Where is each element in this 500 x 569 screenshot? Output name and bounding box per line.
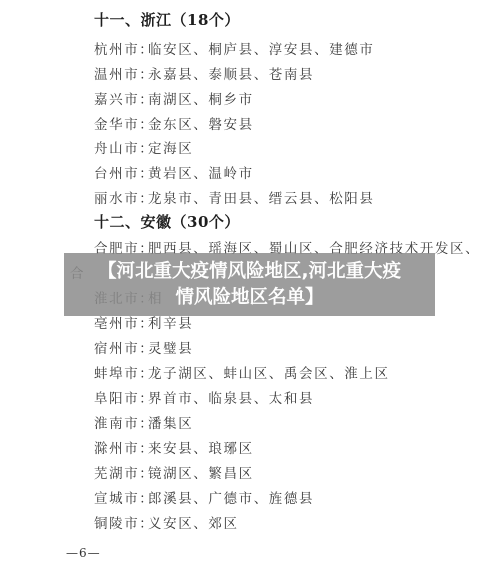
city-label: 宿州市： [94,337,148,357]
list-item: 温州市：永嘉县、泰顺县、苍南县 [94,63,314,83]
area-list: 定海区 [148,141,193,157]
area-list: 龙泉市、青田县、缙云县、松阳县 [148,191,375,207]
city-label: 滁州市： [94,437,148,457]
area-list: 郎溪县、广德市、旌德县 [148,491,314,507]
area-list: 永嘉县、泰顺县、苍南县 [148,67,314,83]
area-list: 利辛县 [148,316,193,332]
area-list: 金东区、磐安县 [148,117,254,133]
city-label: 杭州市： [94,38,148,58]
area-list: 黄岩区、温岭市 [148,166,254,182]
city-label: 温州市： [94,63,148,83]
area-list: 南湖区、桐乡市 [148,92,254,108]
page-number: —6— [66,546,101,560]
area-list: 来安县、琅琊区 [148,441,254,457]
list-item: 阜阳市：界首市、临泉县、太和县 [94,387,314,407]
city-label: 台州市： [94,162,148,182]
city-label: 阜阳市： [94,387,148,407]
city-label: 芜湖市： [94,462,148,482]
list-item: 淮南市：潘集区 [94,412,193,432]
area-list: 镜湖区、繁昌区 [148,466,254,482]
section-heading-anhui: 十二、安徽（30个） [94,211,240,232]
list-item: 芜湖市：镜湖区、繁昌区 [94,462,254,482]
list-item: 铜陵市：义安区、郊区 [94,512,239,532]
area-list: 龙子湖区、蚌山区、禹会区、淮上区 [148,366,390,382]
list-item: 嘉兴市：南湖区、桐乡市 [94,88,254,108]
city-label: 淮南市： [94,412,148,432]
city-label: 丽水市： [94,187,148,207]
city-label: 铜陵市： [94,512,148,532]
list-item: 杭州市：临安区、桐庐县、淳安县、建德市 [94,38,375,58]
title-banner-overlay: 【河北重大疫情风险地区,河北重大疫 情风险地区名单】 [64,253,435,316]
document-page: 十一、浙江（18个） 杭州市：临安区、桐庐县、淳安县、建德市 温州市：永嘉县、泰… [0,0,500,569]
area-list: 临安区、桐庐县、淳安县、建德市 [148,42,375,58]
list-item: 滁州市：来安县、琅琊区 [94,437,254,457]
banner-title-line-1: 【河北重大疫情风险地区,河北重大疫 [64,259,435,285]
area-list: 潘集区 [148,416,193,432]
list-item: 台州市：黄岩区、温岭市 [94,162,254,182]
list-item: 宿州市：灵璧县 [94,337,193,357]
list-item: 丽水市：龙泉市、青田县、缙云县、松阳县 [94,187,375,207]
list-item: 金华市：金东区、磐安县 [94,113,254,133]
section-heading-zhejiang: 十一、浙江（18个） [94,9,240,30]
list-item: 舟山市：定海区 [94,137,193,157]
list-item: 蚌埠市：龙子湖区、蚌山区、禹会区、淮上区 [94,362,390,382]
city-label: 嘉兴市： [94,88,148,108]
area-list: 界首市、临泉县、太和县 [148,391,314,407]
city-label: 蚌埠市： [94,362,148,382]
area-list: 义安区、郊区 [148,516,239,532]
list-item: 宣城市：郎溪县、广德市、旌德县 [94,487,314,507]
banner-title-line-2: 情风险地区名单】 [64,285,435,311]
area-list: 灵璧县 [148,341,193,357]
city-label: 舟山市： [94,137,148,157]
city-label: 金华市： [94,113,148,133]
city-label: 宣城市： [94,487,148,507]
